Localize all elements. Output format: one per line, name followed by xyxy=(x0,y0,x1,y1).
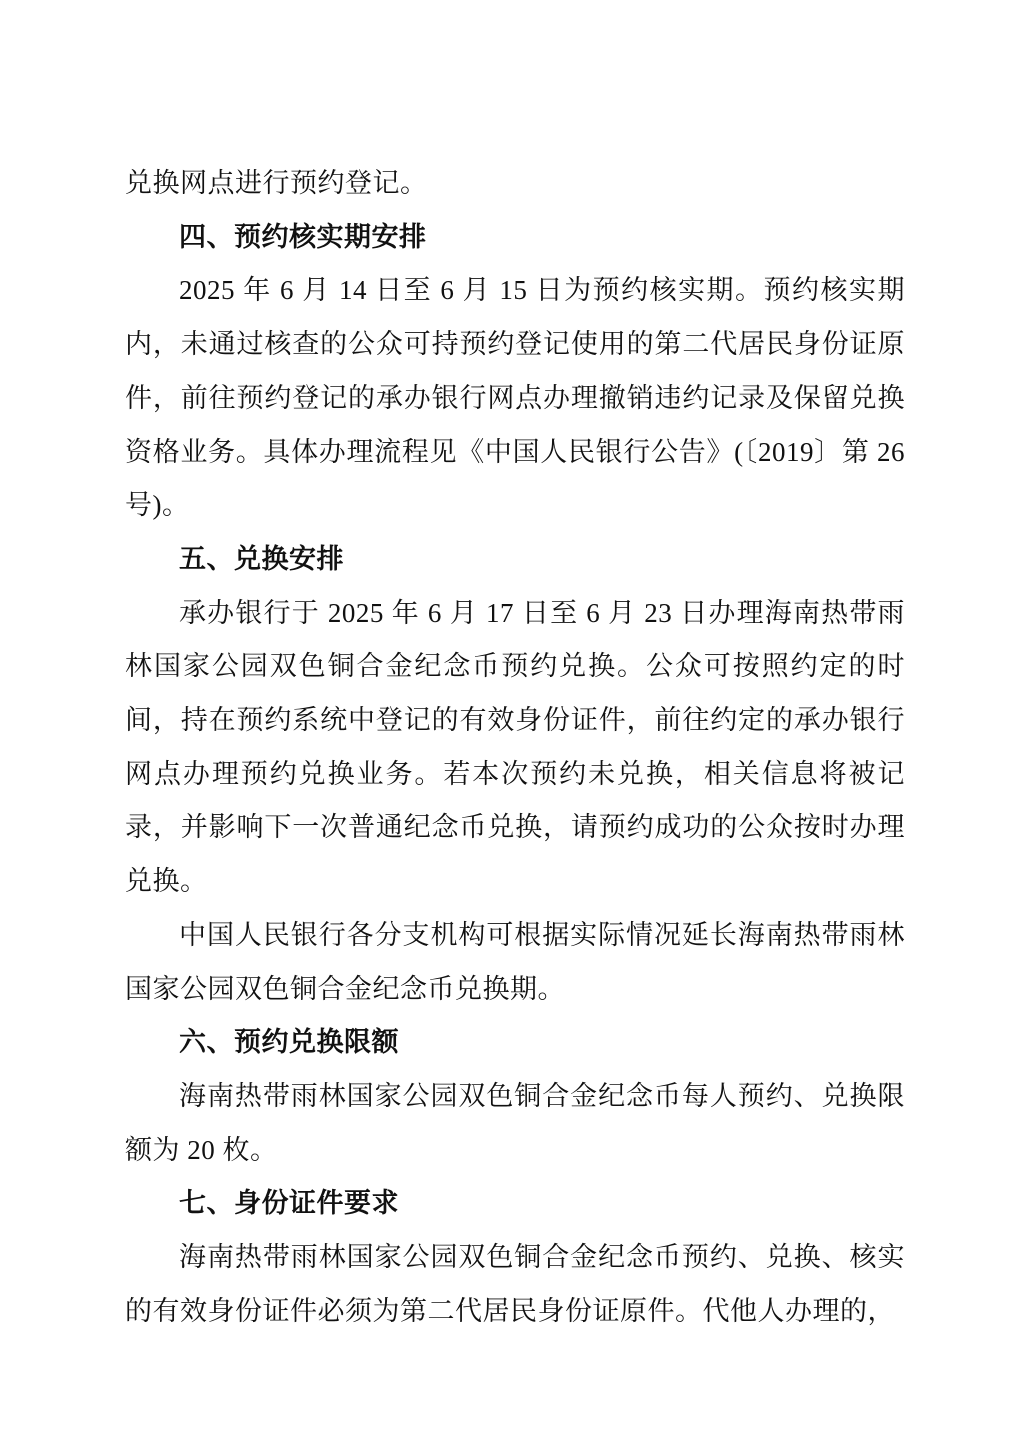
paragraph-exchange-arrangement: 承办银行于 2025 年 6 月 17 日至 6 月 23 日办理海南热带雨林国… xyxy=(125,587,905,909)
document-page: 兑换网点进行预约登记。 四、预约核实期安排 2025 年 6 月 14 日至 6… xyxy=(0,0,1024,1448)
paragraph-verification-period: 2025 年 6 月 14 日至 6 月 15 日为预约核实期。预约核实期内，未… xyxy=(125,264,905,533)
section-heading-5: 五、兑换安排 xyxy=(125,533,905,587)
paragraph-continuation: 兑换网点进行预约登记。 xyxy=(125,157,905,211)
section-heading-6: 六、预约兑换限额 xyxy=(125,1016,905,1070)
section-heading-7: 七、身份证件要求 xyxy=(125,1177,905,1231)
paragraph-exchange-extension: 中国人民银行各分支机构可根据实际情况延长海南热带雨林国家公园双色铜合金纪念币兑换… xyxy=(125,909,905,1016)
paragraph-id-requirement: 海南热带雨林国家公园双色铜合金纪念币预约、兑换、核实的有效身份证件必须为第二代居… xyxy=(125,1231,905,1338)
paragraph-exchange-limit: 海南热带雨林国家公园双色铜合金纪念币每人预约、兑换限额为 20 枚。 xyxy=(125,1070,905,1177)
document-body: 兑换网点进行预约登记。 四、预约核实期安排 2025 年 6 月 14 日至 6… xyxy=(125,157,905,1338)
section-heading-4: 四、预约核实期安排 xyxy=(125,211,905,265)
